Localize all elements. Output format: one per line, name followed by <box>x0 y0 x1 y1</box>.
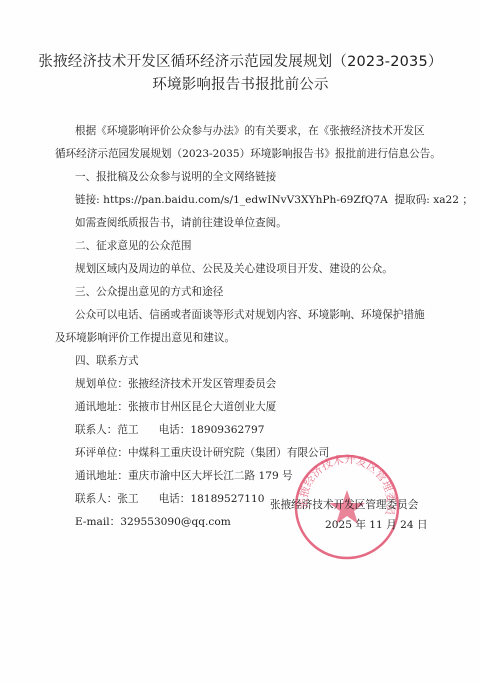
section2-body: 规划区域内及周边的单位、公民及关心建设项目开发、建设的公众。 <box>75 262 393 276</box>
section1-link-line: 链接: https://pan.baidu.com/s/1_edwINvV3XY… <box>75 193 473 207</box>
section1-heading: 一、报批稿及公众参与说明的全文网络链接 <box>75 170 276 184</box>
signature-date: 2025 年 11 月 24 日 <box>325 517 428 532</box>
document-title-line1: 张掖经济技术开发区循环经济示范园发展规划（2023-2035） <box>0 50 481 71</box>
section3-heading: 三、公众提出意见的方式和途径 <box>75 285 223 299</box>
planning-phone: 电话：18909362797 <box>159 424 265 436</box>
intro-paragraph-line2: 循环经济示范园发展规划（2023-2035）环境影响报告书》报批前进行信息公告。 <box>55 147 441 161</box>
planning-contact: 联系人：范工 <box>75 424 139 436</box>
planning-contact-line: 联系人：范工电话：18909362797 <box>75 423 264 437</box>
section4-heading: 四、联系方式 <box>75 354 139 368</box>
eia-contact: 联系人：张工 <box>75 493 139 505</box>
planning-address: 通讯地址：张掖市甘州区昆仑大道创业大厦 <box>75 400 276 414</box>
section3-body-line2: 及环境影响评价工作提出意见和建议。 <box>55 331 235 345</box>
section1-note: 如需查阅纸质报告书，请前往建设单位查阅。 <box>75 216 287 230</box>
extraction-code: 提取码: xa22 ； <box>395 194 473 206</box>
eia-phone: 电话：18189527110 <box>159 493 265 505</box>
section3-body-line1: 公众可以电话、信函或者面谈等形式对规划内容、环境影响、环境保护措施 <box>75 308 425 322</box>
document-title-line2: 环境影响报告书报批前公示 <box>0 73 481 94</box>
link-label: 链接: <box>75 194 103 206</box>
section2-heading: 二、征求意见的公众范围 <box>75 239 192 253</box>
eia-contact-line: 联系人：张工电话：18189527110 <box>75 492 264 506</box>
download-link[interactable]: https://pan.baidu.com/s/1_edwINvV3XYhPh-… <box>103 194 388 206</box>
planning-unit: 规划单位：张掖经济技术开发区管理委员会 <box>75 377 276 391</box>
email[interactable]: E-mail：329553090@qq.com <box>75 515 231 529</box>
intro-paragraph-line1: 根据《环境影响评价公众参与办法》的有关要求，在《张掖经济技术开发区 <box>75 124 425 138</box>
document-page: 张掖经济技术开发区循环经济示范园发展规划（2023-2035） 环境影响报告书报… <box>0 0 481 682</box>
signature-organization: 张掖经济技术开发区管理委员会 <box>270 497 418 512</box>
eia-address: 通讯地址：重庆市渝中区大坪长江二路 179 号 <box>75 469 293 483</box>
